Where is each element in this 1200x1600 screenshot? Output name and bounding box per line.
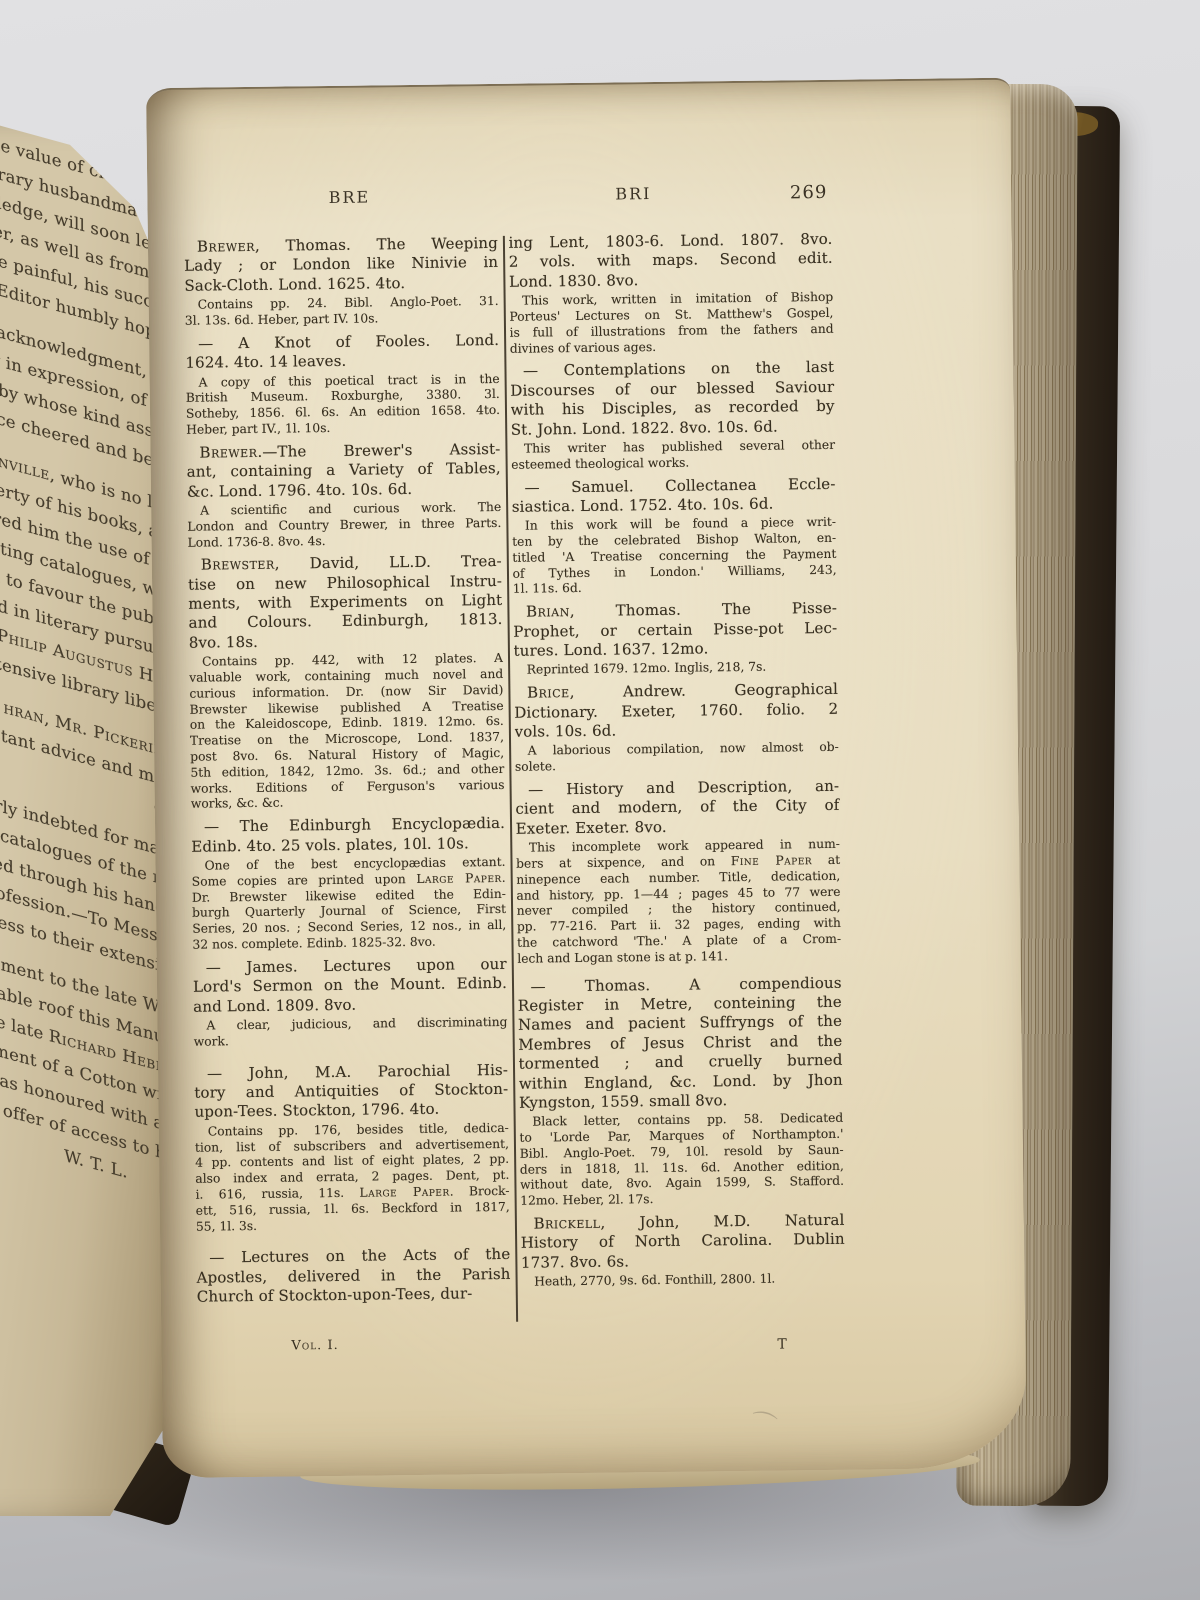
note-block: Contains pp. 24. Bibl. Anglo-Poet. 31.3l… bbox=[185, 294, 499, 329]
entry-block: Brian, Thomas. The Pisse-Prophet, or cer… bbox=[513, 599, 838, 661]
text-line: 3l. 13s. 6d. Heber, part IV. 10s. bbox=[185, 310, 499, 330]
text-line: — A Knot of Fooles. Lond. bbox=[185, 331, 499, 354]
text-line: — Samuel. Collectanea Eccle- bbox=[511, 474, 835, 497]
text-line: &c. Lond. 1796. 4to. 10s. 6d. bbox=[187, 478, 501, 501]
text-line: Kyngston, 1559. small 8vo. bbox=[519, 1090, 843, 1113]
note-block: This writer has published several othere… bbox=[511, 438, 835, 474]
text-line: lech and Logan stone is at p. 141. bbox=[517, 948, 841, 968]
text-line: tures. Lond. 1637. 12mo. bbox=[513, 638, 837, 661]
note-block: Heath, 2770, 9s. 6d. Fonthill, 2800. 1l. bbox=[521, 1271, 845, 1291]
entry-block: — James. Lectures upon ourLord's Sermon … bbox=[193, 955, 508, 1017]
text-line: Reprinted 1679. 12mo. Inglis, 218, 7s. bbox=[514, 659, 838, 679]
volume-label: Vol. I. bbox=[291, 1338, 338, 1354]
entry-block: — Contemplations on the lastDiscourses o… bbox=[510, 358, 835, 440]
note-block: A copy of this poetical tract is in theB… bbox=[186, 371, 501, 438]
text-line: Heber, part IV., 1l. 10s. bbox=[186, 419, 500, 439]
text-line: Lond. 1736-8. 8vo. 4s. bbox=[187, 531, 501, 551]
right-page: BRE BRI 269 Brewer, Thomas. The WeepingL… bbox=[146, 78, 1027, 1478]
entry-block: — Lectures on the Acts of theApostles, d… bbox=[196, 1245, 511, 1307]
text-columns: Brewer, Thomas. The WeepingLady ; or Lon… bbox=[184, 230, 846, 1326]
entry-block: Brewer, Thomas. The WeepingLady ; or Lon… bbox=[184, 234, 499, 296]
text-line: ant, containing a Variety of Tables, bbox=[187, 459, 501, 482]
column-right: ing Lent, 1803-6. Lond. 1807. 8vo.2 vols… bbox=[508, 230, 845, 1322]
text-line: Lord's Sermon on the Mount. Edinb. bbox=[193, 974, 507, 997]
entry-block: — Samuel. Collectanea Eccle-siastica. Lo… bbox=[511, 474, 835, 517]
running-head-right: BRI bbox=[603, 184, 663, 204]
text-line: Lady ; or London like Ninivie in bbox=[184, 253, 498, 276]
text-line: Edinb. 4to. 25 vols. plates, 10l. 10s. bbox=[191, 833, 505, 856]
running-head: BRE BRI 269 bbox=[147, 180, 1011, 215]
text-line: Lond. 1830. 8vo. bbox=[509, 269, 833, 292]
entry-block: — Thomas. A compendiousRegister in Metre… bbox=[518, 973, 844, 1113]
smallcaps-text: Brewer bbox=[199, 443, 257, 462]
smallcaps-text: Brian bbox=[526, 602, 570, 621]
text-line: vols. 10s. 6d. bbox=[514, 719, 838, 742]
pencil-mark: ⌒ bbox=[746, 1402, 780, 1444]
signature-mark: T bbox=[777, 1336, 787, 1352]
text-line: divines of various ages. bbox=[510, 337, 834, 357]
text-line: and Colours. Edinburgh, 1813. bbox=[188, 610, 502, 633]
entry-block: — A Knot of Fooles. Lond.1624. 4to. 14 l… bbox=[185, 331, 499, 374]
text-line: Heath, 2770, 9s. 6d. Fonthill, 2800. 1l. bbox=[521, 1271, 845, 1291]
note-block: Contains pp. 442, with 12 plates. Avalua… bbox=[189, 651, 505, 813]
note-block: One of the best encyclopædias extant.Som… bbox=[191, 855, 506, 954]
text-line: 12mo. Heber, 2l. 17s. bbox=[520, 1190, 844, 1210]
smallcaps-text: Brickell bbox=[533, 1214, 600, 1233]
entry-block: ing Lent, 1803-6. Lond. 1807. 8vo.2 vols… bbox=[508, 230, 833, 292]
entry-block: Brewer.—The Brewer's Assist-ant, contain… bbox=[186, 440, 501, 502]
page-number: 269 bbox=[743, 182, 827, 204]
text-line: upon-Tees. Stockton, 1796. 4to. bbox=[194, 1099, 508, 1122]
text-line: siastica. Lond. 1752. 4to. 10s. 6d. bbox=[512, 494, 836, 517]
text-line: Church of Stockton-upon-Tees, dur- bbox=[197, 1284, 511, 1307]
note-block: Black letter, contains pp. 58. Dedicated… bbox=[519, 1111, 844, 1210]
text-line: works, &c. &c. bbox=[191, 793, 505, 813]
text-line: Prophet, or certain Pisse-pot Lec- bbox=[513, 618, 837, 641]
text-line: 8vo. 18s. bbox=[189, 630, 503, 653]
entry-block: — History and Description, an-cient and … bbox=[515, 777, 840, 839]
text-line: 55, 1l. 3s. bbox=[196, 1215, 510, 1235]
smallcaps-text: Brewer bbox=[197, 237, 255, 256]
note-block: This work, written in imitation of Bisho… bbox=[509, 290, 834, 357]
text-line: cient and modern, of the City of bbox=[515, 796, 839, 819]
note-block: Contains pp. 176, besides title, dedica-… bbox=[195, 1121, 510, 1235]
text-line: Dictionary. Exeter, 1760. folio. 2 bbox=[514, 699, 838, 722]
text-line: 1624. 4to. 14 leaves. bbox=[185, 350, 499, 373]
column-left: Brewer, Thomas. The WeepingLady ; or Lon… bbox=[184, 234, 511, 1326]
note-block: In this work will be found a piece writ-… bbox=[512, 515, 837, 598]
text-line: 1l. 11s. 6d. bbox=[513, 578, 837, 598]
entry-block: Brewster, David, LL.D. Trea-tise on new … bbox=[188, 552, 503, 653]
smallcaps-text: Large Paper bbox=[359, 1185, 449, 1200]
smallcaps-text: Large Paper bbox=[416, 871, 502, 886]
text-line: within England, &c. Lond. by Jhon bbox=[519, 1070, 843, 1093]
text-line: 32 nos. complete. Edinb. 1825-32. 8vo. bbox=[192, 934, 506, 954]
text-line: with his Disciples, as recorded by bbox=[510, 397, 834, 420]
entry-block: — John, M.A. Parochial His-tory and Anti… bbox=[194, 1060, 509, 1122]
text-line: 1737. 8vo. 6s. bbox=[521, 1250, 845, 1273]
text-line: History of North Carolina. Dublin bbox=[521, 1230, 845, 1253]
smallcaps-text: Fine Paper bbox=[731, 853, 813, 868]
entry-block: Brickell, John, M.D. NaturalHistory of N… bbox=[520, 1211, 845, 1273]
text-line: St. John. Lond. 1822. 8vo. 10s. 6d. bbox=[511, 416, 835, 439]
running-head-left: BRE bbox=[319, 187, 379, 207]
text-line: 2 vols. with maps. Second edit. bbox=[509, 249, 833, 272]
text-line: esteemed theological works. bbox=[511, 454, 835, 474]
page-content: BRE BRI 269 Brewer, Thomas. The WeepingL… bbox=[146, 80, 1027, 1478]
text-line: and Lond. 1809. 8vo. bbox=[193, 993, 507, 1016]
entry-block: Brice, Andrew. GeographicalDictionary. E… bbox=[514, 680, 839, 742]
text-line: tory and Antiquities of Stockton- bbox=[194, 1080, 508, 1103]
smallcaps-text: Brice bbox=[527, 683, 570, 702]
text-line: Sack-Cloth. Lond. 1625. 4to. bbox=[184, 273, 498, 296]
note-block: A clear, judicious, and discriminatingwo… bbox=[193, 1015, 507, 1050]
note-block: This incomplete work appeared in num-ber… bbox=[516, 837, 842, 967]
note-block: A laborious compilation, now almost ob-s… bbox=[515, 740, 839, 776]
note-block: Reprinted 1679. 12mo. Inglis, 218, 7s. bbox=[514, 659, 838, 679]
book-photo-scene: a road-book and directionof the value of… bbox=[0, 0, 1200, 1600]
note-block: A scientific and curious work. TheLondon… bbox=[187, 500, 502, 551]
entry-block: — The Edinburgh Encyclopædia.Edinb. 4to.… bbox=[191, 814, 505, 857]
smallcaps-text: Brewster bbox=[201, 555, 275, 574]
text-line: Exeter. Exeter. 8vo. bbox=[516, 816, 840, 839]
